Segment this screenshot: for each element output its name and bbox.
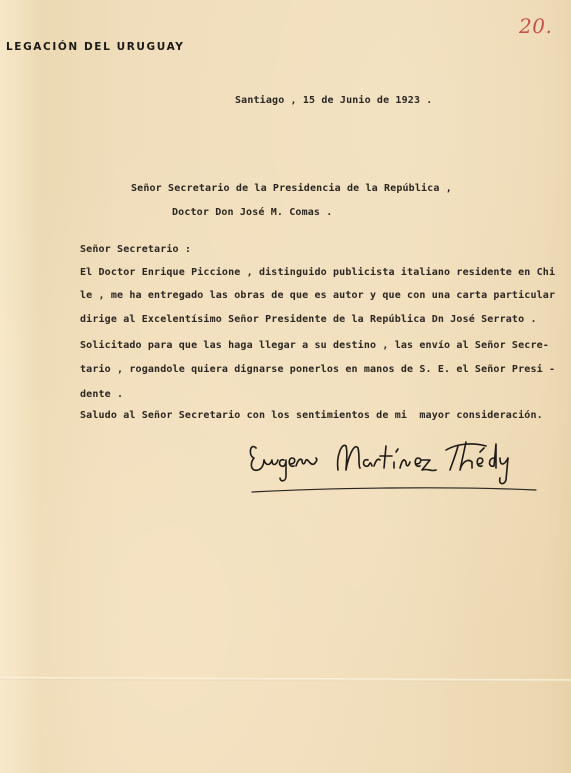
closing-line: Saludo al Señor Secretario con los senti… (80, 410, 543, 421)
body-line: dente . (80, 389, 123, 400)
letterhead: LEGACIÓN DEL URUGUAY (6, 41, 185, 53)
letter-page: LEGACIÓN DEL URUGUAY 20. Santiago , 15 d… (0, 0, 571, 773)
body-line: dirige al Excelentísimo Señor Presidente… (80, 314, 537, 325)
body-line: le , me ha entregado las obras de que es… (80, 290, 555, 301)
body-line: El Doctor Enrique Piccione , distinguido… (80, 267, 555, 278)
handwritten-signature (246, 436, 546, 496)
body-line: Solicitado para que las haga llegar a su… (80, 340, 549, 351)
addressee-line-2: Doctor Don José M. Comas . (172, 207, 332, 218)
date-line: Santiago , 15 de Junio de 1923 . (235, 95, 432, 106)
folio-number: 20. (519, 14, 552, 38)
salutation: Señor Secretario : (80, 244, 191, 255)
body-line: tario , rogandole quiera dignarse ponerl… (80, 364, 555, 375)
addressee-line-1: Señor Secretario de la Presidencia de la… (131, 183, 452, 194)
paper-fold-line (0, 677, 571, 682)
